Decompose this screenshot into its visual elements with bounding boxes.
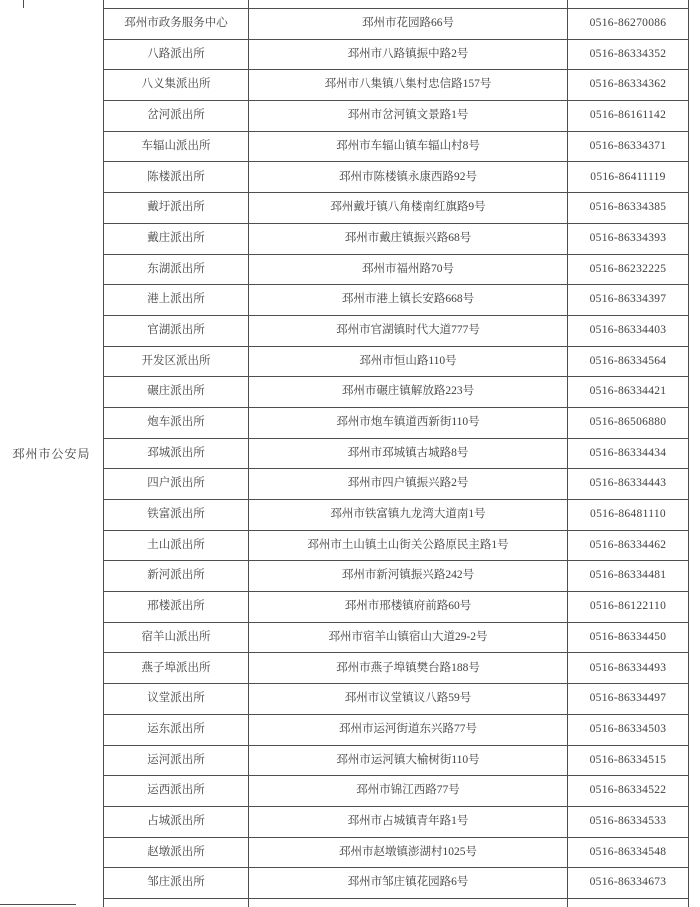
station-address: 邳州市恒山路110号 [249, 347, 568, 377]
station-phone: 0516-86411119 [568, 162, 689, 192]
station-address: 邳州市车辐山镇车辐山村8号 [249, 132, 568, 162]
station-phone: 0516-86481110 [568, 500, 689, 530]
station-phone: 0516-86334503 [568, 715, 689, 745]
table-row: 八路派出所邳州市八路镇振中路2号0516-86334352 [104, 40, 689, 71]
station-phone: 0516-86334403 [568, 316, 689, 346]
partial-cell [249, 0, 568, 8]
station-address: 邳州市邳城镇古城路8号 [249, 439, 568, 469]
table-row: 开发区派出所邳州市恒山路110号0516-86334564 [104, 347, 689, 378]
station-name: 宿羊山派出所 [104, 623, 249, 653]
table-row: 运西派出所邳州市锦江西路77号0516-86334522 [104, 776, 689, 807]
table-row: 宿羊山派出所邳州市宿羊山镇宿山大道29-2号0516-86334450 [104, 623, 689, 654]
table-row: 铁富派出所邳州市铁富镇九龙湾大道南1号0516-86481110 [104, 500, 689, 531]
station-phone: 0516-86334385 [568, 193, 689, 223]
station-address: 邳州市土山镇土山街关公路原民主路1号 [249, 531, 568, 561]
table-row: 陈楼派出所邳州市陈楼镇永康西路92号0516-86411119 [104, 162, 689, 193]
station-address: 邳州市锦江西路77号 [249, 776, 568, 806]
table-row: 运河派出所邳州市运河镇大榆树街110号0516-86334515 [104, 746, 689, 777]
station-address: 邳州市岔河镇文景路1号 [249, 101, 568, 131]
station-phone: 0516-86334497 [568, 684, 689, 714]
station-phone: 0516-86334673 [568, 868, 689, 898]
station-phone: 0516-86334564 [568, 347, 689, 377]
station-name: 邢楼派出所 [104, 592, 249, 622]
table-row: 官湖派出所邳州市官湖镇时代大道777号0516-86334403 [104, 316, 689, 347]
station-address: 邳州市占城镇青年路1号 [249, 807, 568, 837]
station-address: 邳州市赵墩镇澎湖村1025号 [249, 838, 568, 868]
station-phone: 0516-86334548 [568, 838, 689, 868]
station-name: 运河派出所 [104, 746, 249, 776]
station-name: 官湖派出所 [104, 316, 249, 346]
partial-cell [104, 0, 249, 8]
station-address: 邳州市运河街道东兴路77号 [249, 715, 568, 745]
station-address: 邳州市花园路66号 [249, 9, 568, 39]
station-address: 邳州市戴庄镇振兴路68号 [249, 224, 568, 254]
partial-cell [568, 899, 689, 907]
station-address: 邳州市邢楼镇府前路60号 [249, 592, 568, 622]
station-name: 东湖派出所 [104, 255, 249, 285]
station-address: 邳州市四户镇振兴路2号 [249, 469, 568, 499]
table-row: 戴圩派出所邳州戴圩镇八角楼南红旗路9号0516-86334385 [104, 193, 689, 224]
station-phone: 0516-86506880 [568, 408, 689, 438]
table-row: 港上派出所邳州市港上镇长安路668号0516-86334397 [104, 285, 689, 316]
station-name: 岔河派出所 [104, 101, 249, 131]
station-address: 邳州市议堂镇议八路59号 [249, 684, 568, 714]
station-phone: 0516-86334434 [568, 439, 689, 469]
table-row: 议堂派出所邳州市议堂镇议八路59号0516-86334497 [104, 684, 689, 715]
station-phone: 0516-86334493 [568, 653, 689, 683]
station-name: 赵墩派出所 [104, 838, 249, 868]
station-phone: 0516-86334371 [568, 132, 689, 162]
station-name: 戴庄派出所 [104, 224, 249, 254]
table-row: 燕子埠派出所邳州市燕子埠镇樊台路188号0516-86334493 [104, 653, 689, 684]
station-address: 邳州市碾庄镇解放路223号 [249, 377, 568, 407]
station-phone: 0516-86334352 [568, 40, 689, 70]
bottom-left-border-segment [0, 904, 76, 905]
partial-cell [104, 899, 249, 907]
station-address: 邳州市福州路70号 [249, 255, 568, 285]
station-name: 土山派出所 [104, 531, 249, 561]
station-phone: 0516-86334462 [568, 531, 689, 561]
station-phone: 0516-86334515 [568, 746, 689, 776]
station-name: 邳州市政务服务中心 [104, 9, 249, 39]
station-address: 邳州市宿羊山镇宿山大道29-2号 [249, 623, 568, 653]
station-phone: 0516-86334397 [568, 285, 689, 315]
station-address: 邳州市炮车镇道西新街110号 [249, 408, 568, 438]
table-row: 赵墩派出所邳州市赵墩镇澎湖村1025号0516-86334548 [104, 838, 689, 869]
station-table: 邳州市政务服务中心邳州市花园路66号0516-86270086八路派出所邳州市八… [103, 0, 689, 907]
station-name: 新河派出所 [104, 561, 249, 591]
table-bottom-partial-row [103, 899, 689, 907]
station-phone: 0516-86334362 [568, 70, 689, 100]
table-top-partial-row [103, 0, 689, 8]
station-phone: 0516-86334533 [568, 807, 689, 837]
station-phone: 0516-86232225 [568, 255, 689, 285]
station-name: 燕子埠派出所 [104, 653, 249, 683]
station-address: 邳州市陈楼镇永康西路92号 [249, 162, 568, 192]
station-phone: 0516-86334421 [568, 377, 689, 407]
org-label: 邳州市公安局 [12, 445, 90, 462]
partial-cell [249, 899, 568, 907]
station-address: 邳州市官湖镇时代大道777号 [249, 316, 568, 346]
table-row: 岔河派出所邳州市岔河镇文景路1号0516-86161142 [104, 101, 689, 132]
station-address: 邳州市八集镇八集村忠信路157号 [249, 70, 568, 100]
table-row: 运东派出所邳州市运河街道东兴路77号0516-86334503 [104, 715, 689, 746]
station-name: 邹庄派出所 [104, 868, 249, 898]
station-name: 四户派出所 [104, 469, 249, 499]
station-name: 邳城派出所 [104, 439, 249, 469]
org-column-cell: 邳州市公安局 [0, 0, 103, 907]
station-name: 开发区派出所 [104, 347, 249, 377]
table-row: 戴庄派出所邳州市戴庄镇振兴路68号0516-86334393 [104, 224, 689, 255]
station-name: 车辐山派出所 [104, 132, 249, 162]
table-row: 占城派出所邳州市占城镇青年路1号0516-86334533 [104, 807, 689, 838]
station-address: 邳州市邹庄镇花园路6号 [249, 868, 568, 898]
station-name: 议堂派出所 [104, 684, 249, 714]
station-phone: 0516-86334393 [568, 224, 689, 254]
station-phone: 0516-86122110 [568, 592, 689, 622]
station-name: 占城派出所 [104, 807, 249, 837]
station-phone: 0516-86161142 [568, 101, 689, 131]
station-name: 运东派出所 [104, 715, 249, 745]
station-name: 戴圩派出所 [104, 193, 249, 223]
station-name: 铁富派出所 [104, 500, 249, 530]
table-row: 东湖派出所邳州市福州路70号0516-86232225 [104, 255, 689, 286]
station-phone: 0516-86334443 [568, 469, 689, 499]
partial-cell [568, 0, 689, 8]
table-row: 邢楼派出所邳州市邢楼镇府前路60号0516-86122110 [104, 592, 689, 623]
station-name: 碾庄派出所 [104, 377, 249, 407]
station-name: 八路派出所 [104, 40, 249, 70]
station-table-body: 邳州市政务服务中心邳州市花园路66号0516-86270086八路派出所邳州市八… [103, 8, 689, 899]
station-name: 港上派出所 [104, 285, 249, 315]
table-row: 土山派出所邳州市土山镇土山街关公路原民主路1号0516-86334462 [104, 531, 689, 562]
table-row: 碾庄派出所邳州市碾庄镇解放路223号0516-86334421 [104, 377, 689, 408]
station-phone: 0516-86270086 [568, 9, 689, 39]
station-name: 陈楼派出所 [104, 162, 249, 192]
station-phone: 0516-86334522 [568, 776, 689, 806]
table-row: 新河派出所邳州市新河镇振兴路242号0516-86334481 [104, 561, 689, 592]
table-row: 邹庄派出所邳州市邹庄镇花园路6号0516-86334673 [104, 868, 689, 899]
station-name: 八义集派出所 [104, 70, 249, 100]
station-name: 炮车派出所 [104, 408, 249, 438]
station-address: 邳州市运河镇大榆树街110号 [249, 746, 568, 776]
station-address: 邳州市港上镇长安路668号 [249, 285, 568, 315]
table-row: 炮车派出所邳州市炮车镇道西新街110号0516-86506880 [104, 408, 689, 439]
table-row: 邳城派出所邳州市邳城镇古城路8号0516-86334434 [104, 439, 689, 470]
table-row: 车辐山派出所邳州市车辐山镇车辐山村8号0516-86334371 [104, 132, 689, 163]
table-row: 八义集派出所邳州市八集镇八集村忠信路157号0516-86334362 [104, 70, 689, 101]
top-left-border-tick [23, 0, 24, 8]
station-phone: 0516-86334481 [568, 561, 689, 591]
station-address: 邳州市铁富镇九龙湾大道南1号 [249, 500, 568, 530]
station-name: 运西派出所 [104, 776, 249, 806]
station-address: 邳州市新河镇振兴路242号 [249, 561, 568, 591]
station-phone: 0516-86334450 [568, 623, 689, 653]
station-address: 邳州市燕子埠镇樊台路188号 [249, 653, 568, 683]
table-row: 四户派出所邳州市四户镇振兴路2号0516-86334443 [104, 469, 689, 500]
station-address: 邳州市八路镇振中路2号 [249, 40, 568, 70]
station-address: 邳州戴圩镇八角楼南红旗路9号 [249, 193, 568, 223]
table-row: 邳州市政务服务中心邳州市花园路66号0516-86270086 [104, 9, 689, 40]
